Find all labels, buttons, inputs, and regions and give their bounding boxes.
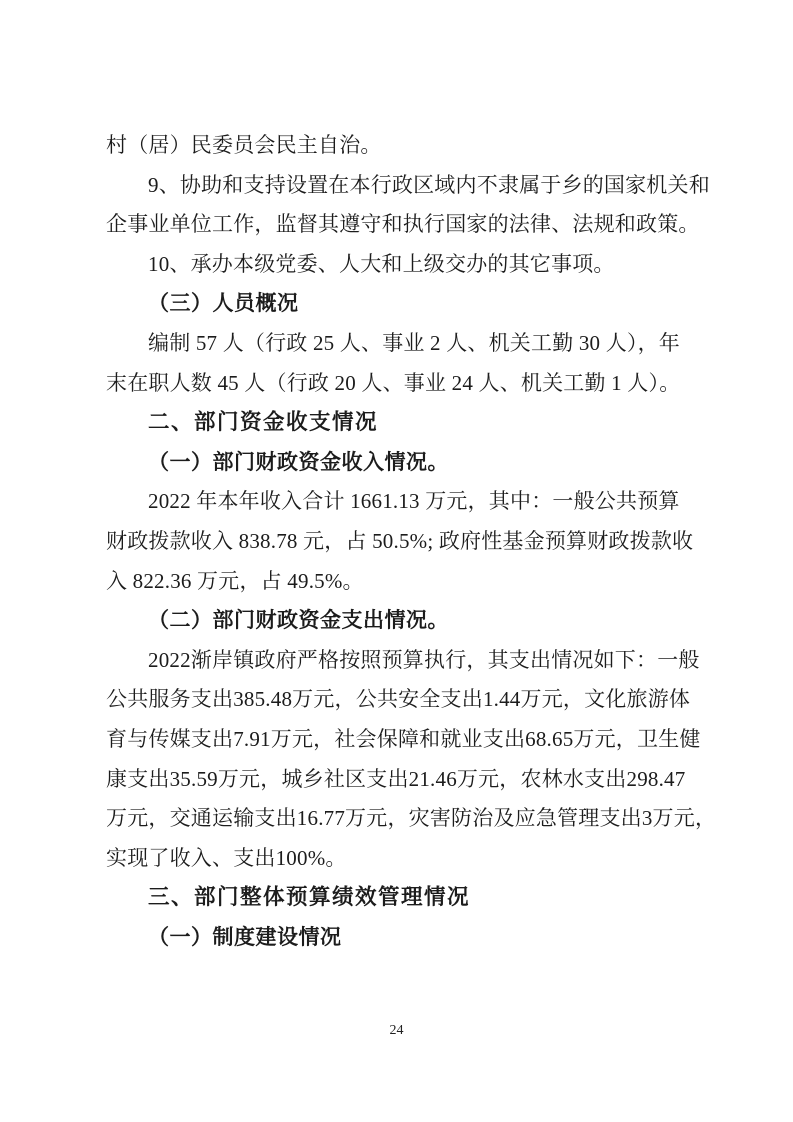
paragraph-line: 入 822.36 万元，占 49.5%。 bbox=[106, 562, 700, 602]
document-page: 村（居）民委员会民主自治。 9、协助和支持设置在本行政区域内不隶属于乡的国家机关… bbox=[0, 0, 793, 1122]
subsection-heading-income: （一）部门财政资金收入情况。 bbox=[106, 443, 700, 483]
paragraph-line: 财政拨款收入 838.78 元，占 50.5%; 政府性基金预算财政拨款收 bbox=[106, 522, 700, 562]
paragraph-line: 万元，交通运输支出16.77万元，灾害防治及应急管理支出3万元， bbox=[106, 799, 700, 839]
paragraph-line: 公共服务支出385.48万元，公共安全支出1.44万元，文化旅游体 bbox=[106, 680, 700, 720]
paragraph-line: 10、承办本级党委、人大和上级交办的其它事项。 bbox=[106, 245, 700, 285]
paragraph-line: 编制 57 人（行政 25 人、事业 2 人、机关工勤 30 人），年 bbox=[106, 324, 700, 364]
paragraph-line: 育与传媒支出7.91万元，社会保障和就业支出68.65万元，卫生健 bbox=[106, 720, 700, 760]
section-heading-performance: 三、部门整体预算绩效管理情况 bbox=[106, 878, 700, 918]
paragraph-line: 2022渐岸镇政府严格按照预算执行，其支出情况如下：一般 bbox=[106, 641, 700, 681]
paragraph-line: 康支出35.59万元，城乡社区支出21.46万元，农林水支出298.47 bbox=[106, 760, 700, 800]
paragraph-line: 企事业单位工作，监督其遵守和执行国家的法律、法规和政策。 bbox=[106, 205, 700, 245]
section-heading-funds: 二、部门资金收支情况 bbox=[106, 403, 700, 443]
paragraph-line: 2022 年本年收入合计 1661.13 万元，其中：一般公共预算 bbox=[106, 482, 700, 522]
document-body: 村（居）民委员会民主自治。 9、协助和支持设置在本行政区域内不隶属于乡的国家机关… bbox=[106, 126, 700, 957]
subsection-heading-expenditure: （二）部门财政资金支出情况。 bbox=[106, 601, 700, 641]
paragraph-line: 9、协助和支持设置在本行政区域内不隶属于乡的国家机关和 bbox=[106, 166, 700, 206]
paragraph-line: 末在职人数 45 人（行政 20 人、事业 24 人、机关工勤 1 人）。 bbox=[106, 364, 700, 404]
page-number: 24 bbox=[0, 1022, 793, 1040]
subsection-heading-personnel: （三）人员概况 bbox=[106, 284, 700, 324]
paragraph-line: 实现了收入、支出100%。 bbox=[106, 839, 700, 879]
paragraph-line: 村（居）民委员会民主自治。 bbox=[106, 126, 700, 166]
subsection-heading-institution: （一）制度建设情况 bbox=[106, 918, 700, 958]
